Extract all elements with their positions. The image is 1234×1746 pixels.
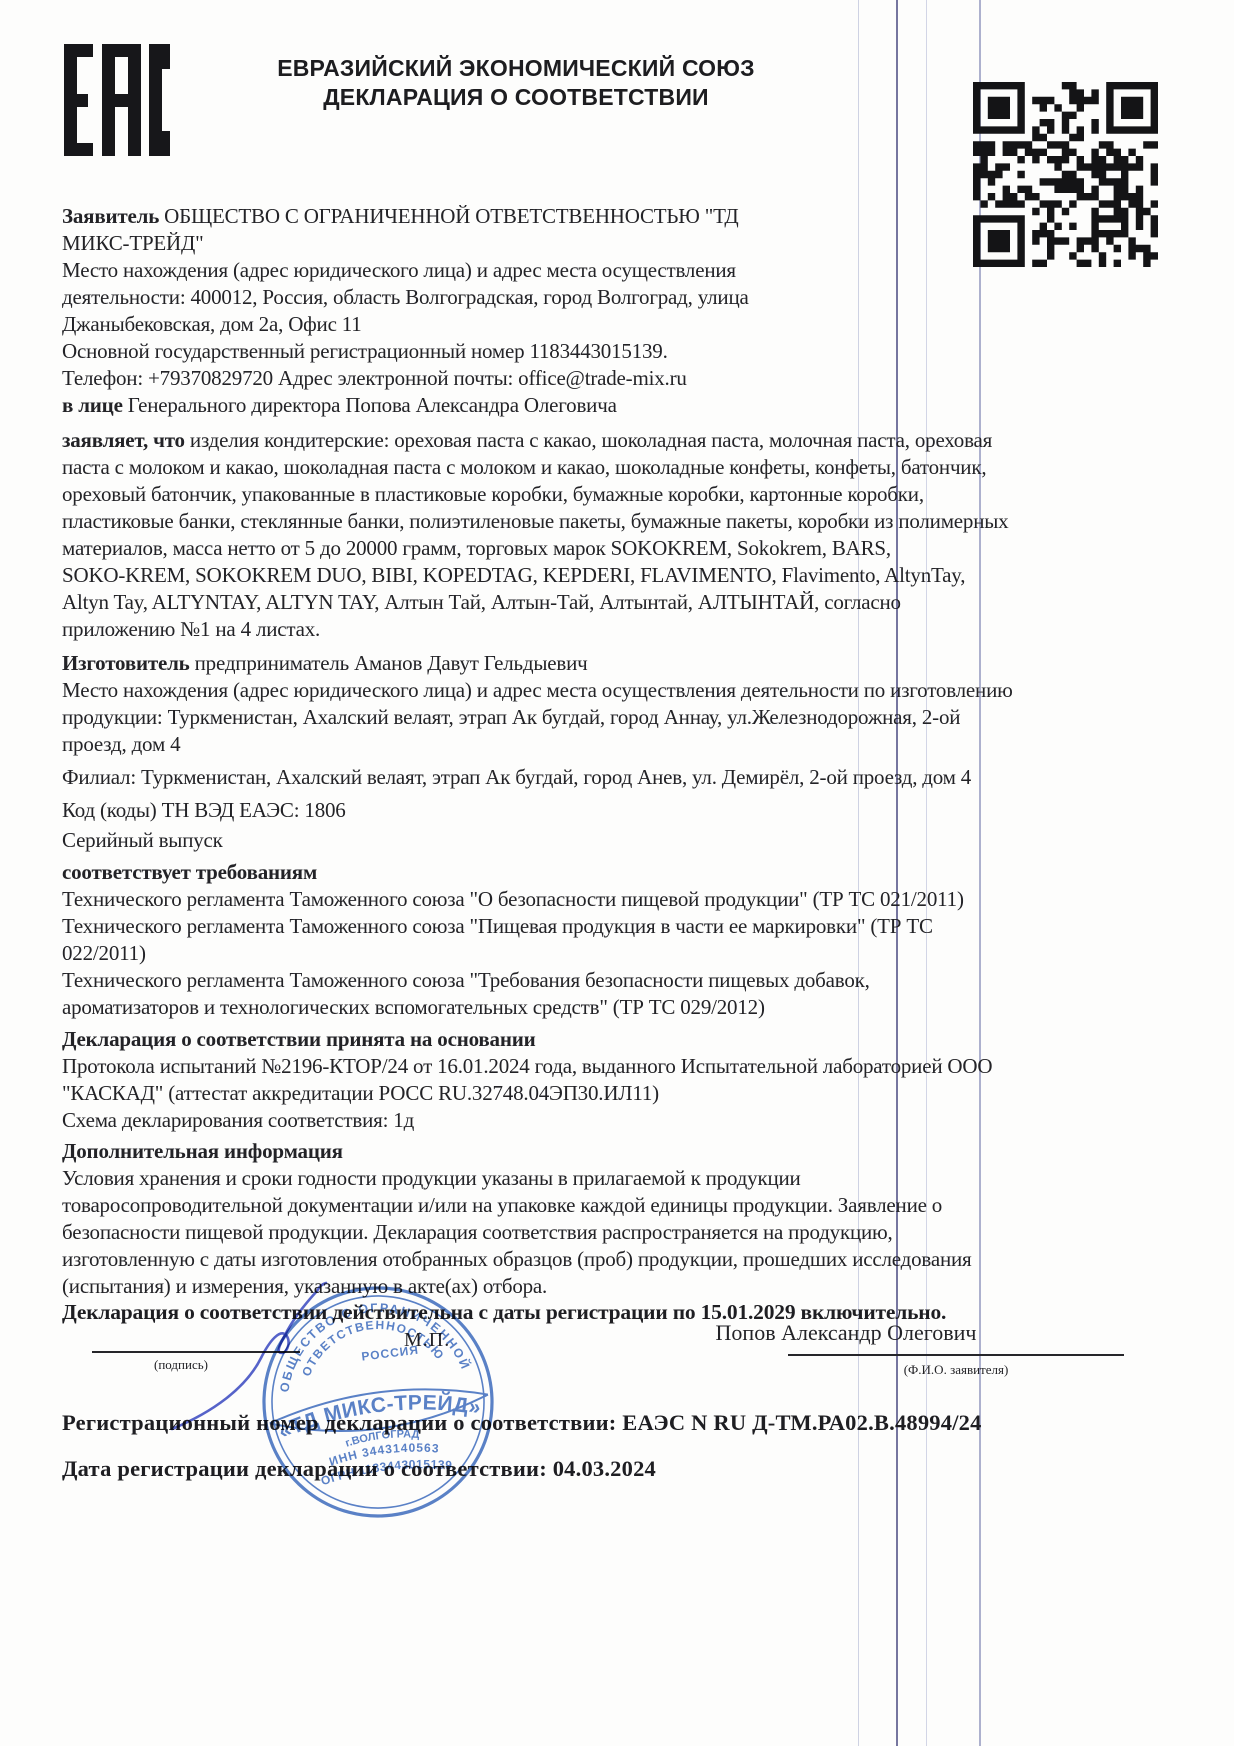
declaration-document: ЕВРАЗИЙСКИЙ ЭКОНОМИЧЕСКИЙ СОЮЗ ДЕКЛАРАЦИ… (0, 0, 1234, 1746)
text-line: деятельности: 400012, Россия, область Во… (62, 284, 1013, 311)
registration-date-line: Дата регистрации декларации о соответств… (62, 1456, 656, 1482)
declaration-body: Заявитель ОБЩЕСТВО С ОГРАНИЧЕННОЙ ОТВЕТС… (62, 203, 1013, 1300)
title-line-1: ЕВРАЗИЙСКИЙ ЭКОНОМИЧЕСКИЙ СОЮЗ (256, 54, 776, 83)
registration-date-value: 04.03.2024 (553, 1456, 656, 1481)
text-line: Код (коды) ТН ВЭД ЕАЭС: 1806 (62, 797, 1013, 824)
text-line: пластиковые банки, стеклянные банки, пол… (62, 508, 1013, 535)
text-line: товаросопроводительной документации и/ил… (62, 1192, 1013, 1219)
text-line: Протокола испытаний №2196-КТОР/24 от 16.… (62, 1053, 1013, 1080)
text-line: Изготовитель предприниматель Аманов Даву… (62, 650, 1013, 677)
text-line: приложению №1 на 4 листах. (62, 616, 1013, 643)
text-line: материалов, масса нетто от 5 до 20000 гр… (62, 535, 1013, 562)
text-line: Технического регламента Таможенного союз… (62, 886, 1013, 913)
text-line: паста с молоком и какао, шоколадная паст… (62, 454, 1013, 481)
text-line: Заявитель ОБЩЕСТВО С ОГРАНИЧЕННОЙ ОТВЕТС… (62, 203, 1013, 230)
text-line: Место нахождения (адрес юридического лиц… (62, 677, 1013, 704)
signature-line (92, 1351, 300, 1353)
text-line: ореховый батончик, упакованные в пластик… (62, 481, 1013, 508)
text-line: Декларация о соответствии принята на осн… (62, 1026, 1013, 1053)
fio-line (788, 1354, 1124, 1356)
text-line: в лице Генерального директора Попова Але… (62, 392, 1013, 419)
text-line: SOKO-KREM, SOKOKREM DUO, BIBI, KOPEDTAG,… (62, 562, 1013, 589)
text-line: Схема декларирования соответствия: 1д (62, 1107, 1013, 1134)
text-line: 022/2011) (62, 940, 1013, 967)
fio-caption: (Ф.И.О. заявителя) (788, 1362, 1124, 1378)
text-line: "КАСКАД" (аттестат аккредитации РОСС RU.… (62, 1080, 1013, 1107)
registration-date-label: Дата регистрации декларации о соответств… (62, 1456, 547, 1481)
title-line-2: ДЕКЛАРАЦИЯ О СООТВЕТСТВИИ (256, 83, 776, 112)
text-line: Серийный выпуск (62, 827, 1013, 854)
document-title: ЕВРАЗИЙСКИЙ ЭКОНОМИЧЕСКИЙ СОЮЗ ДЕКЛАРАЦИ… (256, 54, 776, 112)
text-line: соответствует требованиям (62, 859, 1013, 886)
text-line: продукции: Туркменистан, Ахалский велаят… (62, 704, 1013, 731)
stamp-place-label: М.П. (404, 1329, 450, 1352)
text-line: Условия хранения и сроки годности продук… (62, 1165, 1013, 1192)
text-line: (испытания) и измерения, указанную в акт… (62, 1273, 1013, 1300)
eac-logo (64, 44, 170, 156)
registration-number-value: ЕАЭС N RU Д-ТМ.РА02.В.48994/24 (622, 1410, 981, 1435)
signature-caption: (подпись) (106, 1357, 256, 1373)
text-line: Основной государственный регистрационный… (62, 338, 1013, 365)
text-line: изготовленную с даты изготовления отобра… (62, 1246, 1013, 1273)
text-line: Технического регламента Таможенного союз… (62, 967, 1013, 994)
text-line: Место нахождения (адрес юридического лиц… (62, 257, 1013, 284)
text-line: заявляет, что изделия кондитерские: орех… (62, 427, 1013, 454)
text-line: Филиал: Туркменистан, Ахалский велаят, э… (62, 764, 1013, 791)
registration-number-line: Регистрационный номер декларации о соотв… (62, 1410, 982, 1436)
text-line: безопасности пищевой продукции. Декларац… (62, 1219, 1013, 1246)
registration-number-label: Регистрационный номер декларации о соотв… (62, 1410, 616, 1435)
text-line: Джаныбековская, дом 2а, Офис 11 (62, 311, 1013, 338)
text-line: проезд, дом 4 (62, 731, 1013, 758)
text-line: ароматизаторов и технологических вспомог… (62, 994, 1013, 1021)
text-line: МИКС-ТРЕЙД" (62, 230, 1013, 257)
text-line: Технического регламента Таможенного союз… (62, 913, 1013, 940)
text-line: Телефон: +79370829720 Адрес электронной … (62, 365, 1013, 392)
text-line: Altyn Tay, ALTYNTAY, ALTYN TAY, Алтын Та… (62, 589, 1013, 616)
applicant-name: Попов Александр Олегович (700, 1320, 992, 1346)
text-line: Дополнительная информация (62, 1138, 1013, 1165)
